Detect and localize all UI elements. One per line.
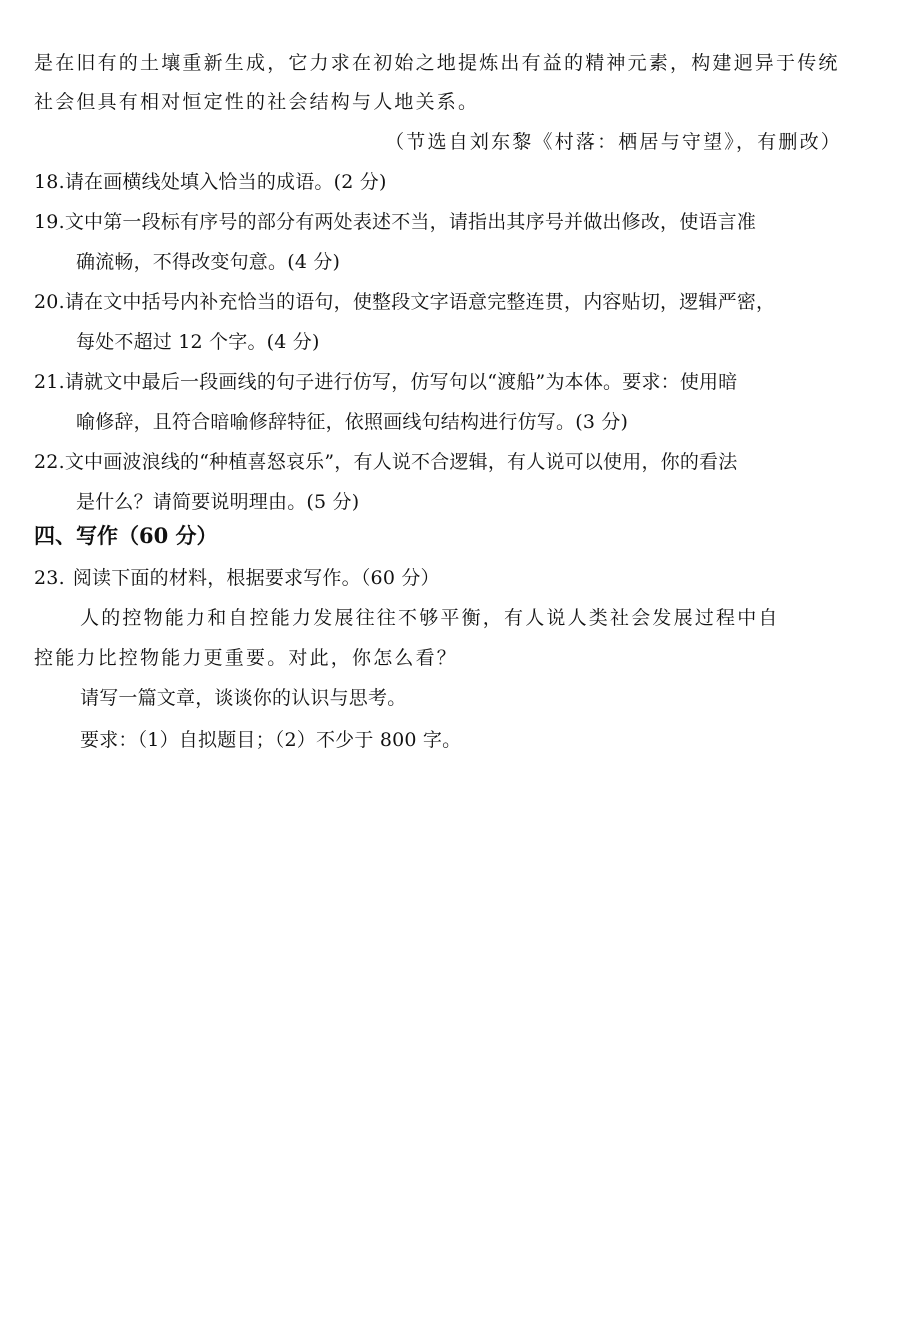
question-22-cont: 是什么？请简要说明理由。(5 分) <box>76 489 860 515</box>
question-text: 请在画横线处填入恰当的成语。(2 分) <box>65 171 387 193</box>
question-text: 请就文中最后一段画线的句子进行仿写，仿写句以“渡船”为本体。要求：使用暗 <box>65 371 738 393</box>
question-19-cont: 确流畅，不得改变句意。(4 分) <box>76 249 860 275</box>
question-text: 阅读下面的材料，根据要求写作。（60 分） <box>73 567 440 589</box>
question-20: 20.请在文中括号内补充恰当的语句，使整段文字语意完整连贯，内容贴切，逻辑严密， <box>34 289 860 315</box>
question-22: 22.文中画波浪线的“种植喜怒哀乐”，有人说不合逻辑，有人说可以使用，你的看法 <box>34 449 860 475</box>
passage-line-1: 是在旧有的土壤重新生成，它力求在初始之地提炼出有益的精神元素，构建迥异于传统 <box>34 50 860 76</box>
question-text: 文中画波浪线的“种植喜怒哀乐”，有人说不合逻辑，有人说可以使用，你的看法 <box>65 451 738 473</box>
section-heading: 四、写作（60 分） <box>34 523 860 549</box>
question-21-cont: 喻修辞，且符合暗喻修辞特征，依照画线句结构进行仿写。(3 分) <box>76 409 860 435</box>
passage-line-2: 社会但具有相对恒定性的社会结构与人地关系。 <box>34 89 860 115</box>
material-line-2: 控能力比控物能力更重要。对此，你怎么看？ <box>34 645 860 671</box>
question-18: 18.请在画横线处填入恰当的成语。(2 分) <box>34 169 860 195</box>
question-20-cont: 每处不超过 12 个字。(4 分) <box>76 329 860 355</box>
question-19: 19.文中第一段标有序号的部分有两处表述不当，请指出其序号并做出修改，使语言准 <box>34 209 860 235</box>
question-text: 请在文中括号内补充恰当的语句，使整段文字语意完整连贯，内容贴切，逻辑严密， <box>65 291 775 313</box>
question-text: 文中第一段标有序号的部分有两处表述不当，请指出其序号并做出修改，使语言准 <box>65 211 756 233</box>
question-number: 18. <box>34 171 65 193</box>
question-number: 19. <box>34 211 65 233</box>
question-number: 22. <box>34 451 65 473</box>
writing-requirements: 要求：（1）自拟题目；（2）不少于 800 字。 <box>80 727 860 753</box>
question-number: 23. <box>34 567 65 589</box>
material-line-1: 人的控物能力和自控能力发展往往不够平衡，有人说人类社会发展过程中自 <box>80 605 860 631</box>
question-number: 21. <box>34 371 65 393</box>
question-21: 21.请就文中最后一段画线的句子进行仿写，仿写句以“渡船”为本体。要求：使用暗 <box>34 369 860 395</box>
writing-instruction: 请写一篇文章，谈谈你的认识与思考。 <box>80 685 860 711</box>
question-23: 23.阅读下面的材料，根据要求写作。（60 分） <box>34 565 860 591</box>
question-number: 20. <box>34 291 65 313</box>
passage-source: （节选自刘东黎《村落：栖居与守望》，有删改） <box>385 129 842 155</box>
